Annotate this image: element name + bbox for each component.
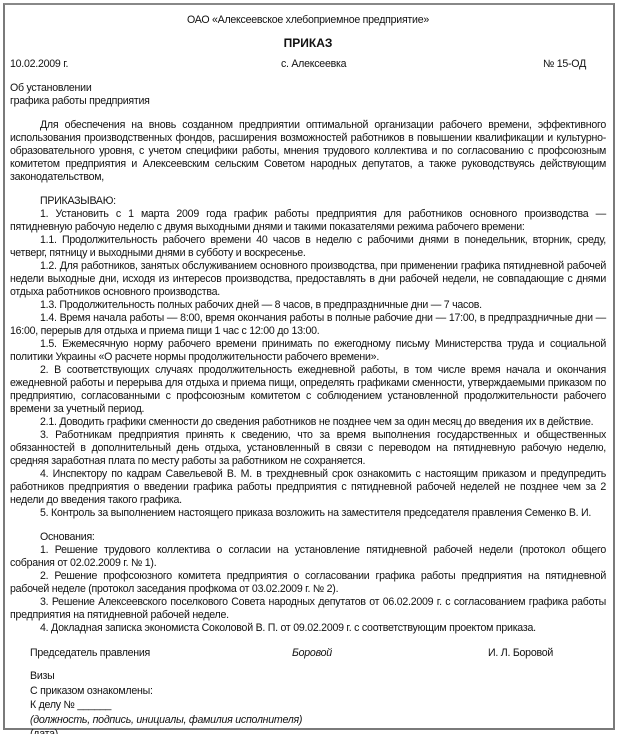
signer-name: И. Л. Боровой (488, 647, 553, 660)
grounds-item: 2. Решение профсоюзного комитета предпри… (10, 570, 606, 596)
document-place: с. Алексеевка (281, 58, 346, 71)
visas-label: Визы (30, 669, 606, 684)
file-number: К делу № ______ (30, 698, 606, 713)
signature-block: Председатель правления Боровой И. Л. Бор… (10, 647, 606, 660)
order-item: 4. Инспектору по кадрам Савельевой В. М.… (10, 468, 606, 507)
order-item: 5. Контроль за выполнением настоящего пр… (10, 507, 606, 520)
order-item: 1.3. Продолжительность полных рабочих дн… (10, 299, 606, 312)
order-item: 1. Установить с 1 марта 2009 года график… (10, 208, 606, 234)
organization-name: ОАО «Алексеевское хлебоприемное предприя… (10, 14, 606, 27)
grounds-title: Основания: (10, 531, 606, 544)
signer-position: Председатель правления (30, 647, 292, 660)
order-item: 1.1. Продолжительность рабочего времени … (10, 234, 606, 260)
document-meta: 10.02.2009 г. с. Алексеевка № 15-ОД (10, 58, 606, 71)
order-item: 1.2. Для работников, занятых обслуживани… (10, 260, 606, 299)
signer-signature: Боровой (292, 647, 488, 660)
subject-line: Об установлении (10, 82, 606, 95)
document-date: 10.02.2009 г. (10, 58, 68, 71)
executor-note: (должность, подпись, инициалы, фамилия и… (30, 713, 606, 728)
grounds-item: 3. Решение Алексеевского поселкового Сов… (10, 596, 606, 622)
order-item: 1.4. Время начала работы — 8:00, время о… (10, 312, 606, 338)
order-item: 2. В соответствующих случаях продолжител… (10, 364, 606, 416)
document-title: ПРИКАЗ (10, 37, 606, 50)
document-number: № 15-ОД (543, 58, 606, 71)
order-item: 3. Работникам предприятия принять к свед… (10, 429, 606, 468)
grounds-item: 1. Решение трудового коллектива о соглас… (10, 544, 606, 570)
subject-line: графика работы предприятия (10, 95, 606, 108)
grounds-item: 4. Докладная записка экономиста Соколово… (10, 622, 606, 635)
acquainted-label: С приказом ознакомлены: (30, 684, 606, 699)
document-subject: Об установлении графика работы предприят… (10, 82, 606, 108)
order-document: ОАО «Алексеевское хлебоприемное предприя… (10, 14, 606, 734)
order-item: 1.5. Ежемесячную норму рабочего времени … (10, 338, 606, 364)
order-item: 2.1. Доводить графики сменности до сведе… (10, 416, 606, 429)
date-note: (дата) (30, 727, 606, 734)
document-footer: Визы С приказом ознакомлены: К делу № __… (10, 669, 606, 734)
order-word: ПРИКАЗЫВАЮ: (10, 195, 606, 208)
preamble: Для обеспечения на вновь созданном предп… (10, 119, 606, 184)
